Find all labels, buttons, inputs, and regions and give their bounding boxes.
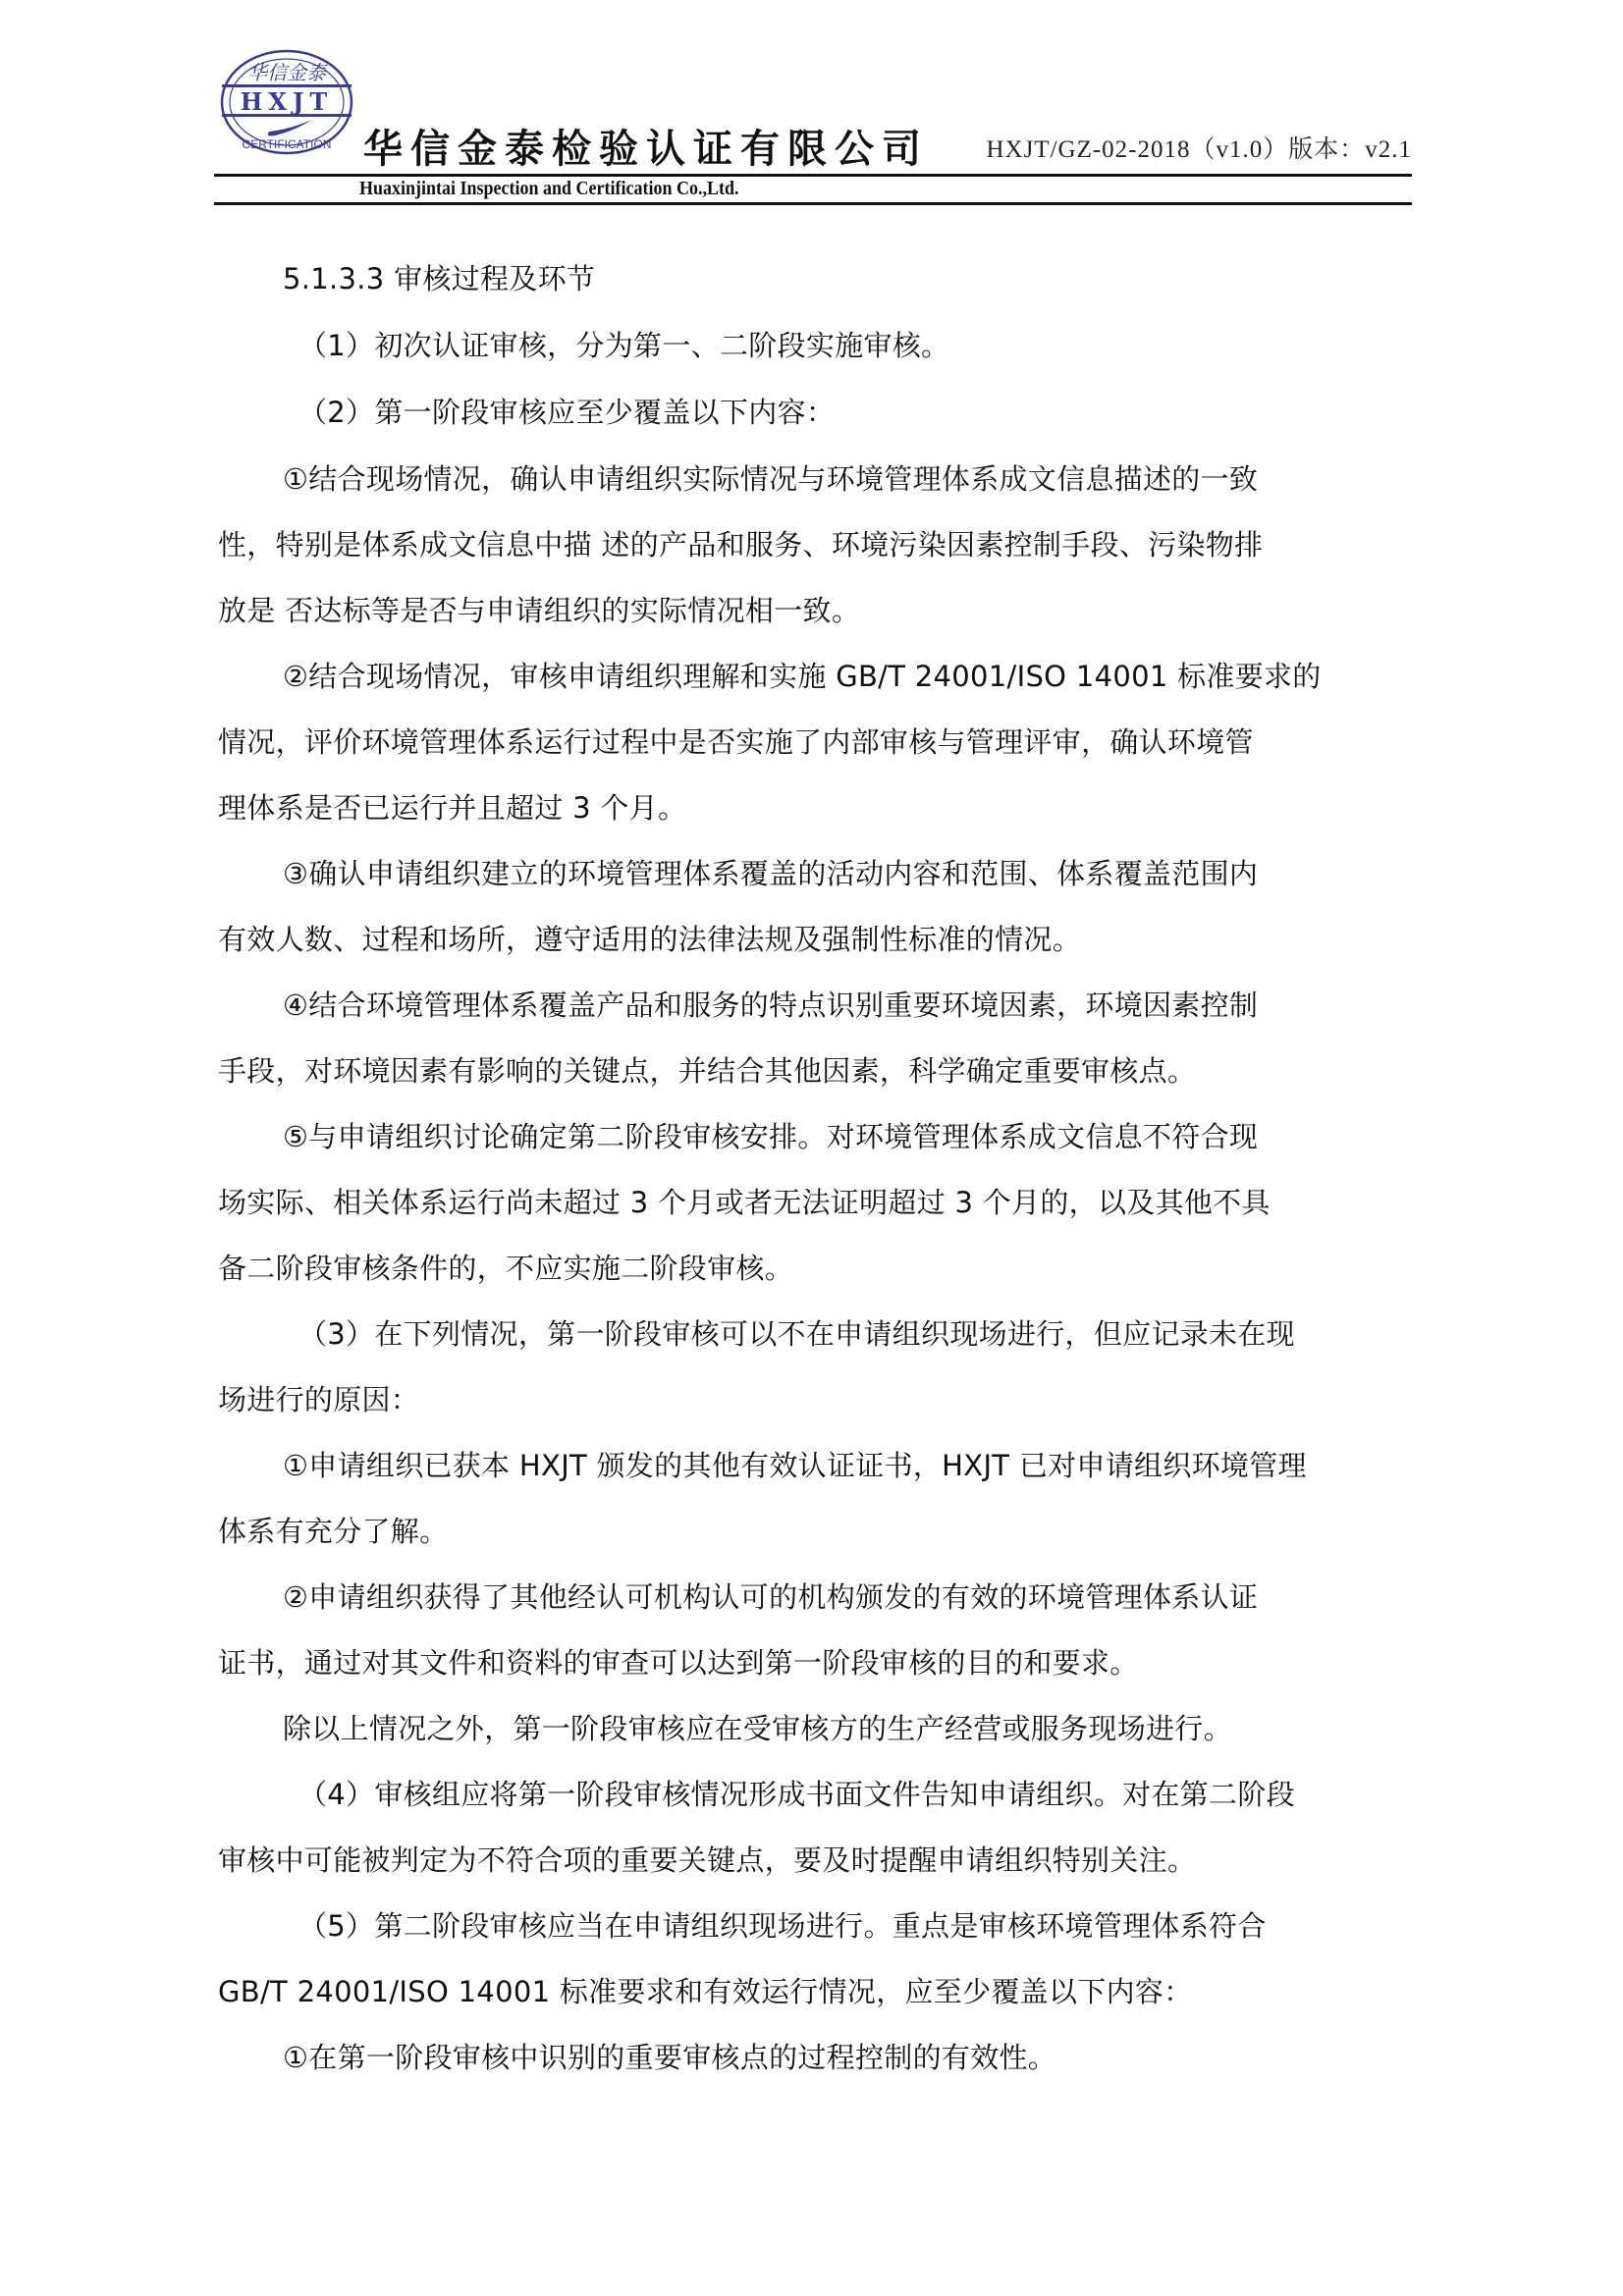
document-page: 华信金泰 HXJT CERTIFICATION 华信金泰检验认证有限公司 HXJ… xyxy=(0,0,1623,2296)
company-name-en: Huaxinjintai Inspection and Certificatio… xyxy=(359,178,739,200)
paragraph-line: 手段，对环境因素有影响的关键点，并结合其他因素，科学确定重要审核点。 xyxy=(218,1049,1196,1090)
paragraph-line: （4）审核组应将第一阶段审核情况形成书面文件告知申请组织。对在第二阶段 xyxy=(218,1773,1295,1813)
header-rule-top xyxy=(214,174,1412,177)
paragraph-line: 场进行的原因： xyxy=(218,1378,419,1418)
hxjt-logo: 华信金泰 HXJT CERTIFICATION xyxy=(218,47,355,157)
paragraph-line: GB/T 24001/ISO 14001 标准要求和有效运行情况，应至少覆盖以下… xyxy=(218,1970,1192,2010)
paragraph-line: （2）第一阶段审核应至少覆盖以下内容： xyxy=(218,391,835,431)
paragraph-line: 审核中可能被判定为不符合项的重要关键点，要及时提醒申请组织特别关注。 xyxy=(218,1839,1196,1879)
section-title: 5.1.3.3 审核过程及环节 xyxy=(218,257,595,297)
paragraph-line: 场实际、相关体系运行尚未超过 3 个月或者无法证明超过 3 个月的，以及其他不具 xyxy=(218,1181,1271,1221)
paragraph-line: ⑤与申请组织讨论确定第二阶段审核安排。对环境管理体系成文信息不符合现 xyxy=(218,1115,1258,1155)
paragraph-line: 体系有充分了解。 xyxy=(218,1510,448,1550)
paragraph-line: ②申请组织获得了其他经认可机构认可的机构颁发的有效的环境管理体系认证 xyxy=(218,1575,1258,1616)
page-header: 华信金泰 HXJT CERTIFICATION 华信金泰检验认证有限公司 HXJ… xyxy=(214,39,1412,201)
paragraph-line: ④结合环境管理体系覆盖产品和服务的特点识别重要环境因素，环境因素控制 xyxy=(218,984,1258,1024)
paragraph-line: 理体系是否已运行并且超过 3 个月。 xyxy=(218,786,686,827)
paragraph-line: 证书，通过对其文件和资料的审查可以达到第一阶段审核的目的和要求。 xyxy=(218,1641,1139,1682)
paragraph-line: （5）第二阶段审核应当在申请组织现场进行。重点是审核环境管理体系符合 xyxy=(218,1904,1267,1945)
company-name-cn: 华信金泰检验认证有限公司 xyxy=(363,118,929,174)
header-rule-bottom xyxy=(214,202,1412,205)
paragraph-line: 性，特别是体系成文信息中描 述的产品和服务、环境污染因素控制手段、污染物排 xyxy=(218,523,1263,563)
paragraph-line: ①在第一阶段审核中识别的重要审核点的过程控制的有效性。 xyxy=(218,2036,1056,2076)
paragraph-line: 情况，评价环境管理体系运行过程中是否实施了内部审核与管理评审，确认环境管 xyxy=(218,721,1254,761)
svg-text:HXJT: HXJT xyxy=(241,87,334,116)
paragraph-line: （1）初次认证审核，分为第一、二阶段实施审核。 xyxy=(218,324,949,364)
paragraph-line: 放是 否达标等是否与申请组织的实际情况相一致。 xyxy=(218,589,860,629)
paragraph-line: ③确认申请组织建立的环境管理体系覆盖的活动内容和范围、体系覆盖范围内 xyxy=(218,852,1258,892)
document-code: HXJT/GZ-02-2018（v1.0）版本：v2.1 xyxy=(986,130,1412,165)
svg-text:华信金泰: 华信金泰 xyxy=(247,61,328,84)
paragraph-line: 除以上情况之外，第一阶段审核应在受审核方的生产经营或服务现场进行。 xyxy=(218,1707,1232,1747)
paragraph-line: （3）在下列情况，第一阶段审核可以不在申请组织现场进行，但应记录未在现 xyxy=(218,1312,1295,1353)
paragraph-line: ①申请组织已获本 HXJT 颁发的其他有效认证证书，HXJT 已对申请组织环境管… xyxy=(218,1444,1307,1484)
svg-text:CERTIFICATION: CERTIFICATION xyxy=(243,137,332,151)
paragraph-line: 备二阶段审核条件的，不应实施二阶段审核。 xyxy=(218,1247,793,1287)
paragraph-line: ②结合现场情况，审核申请组织理解和实施 GB/T 24001/ISO 14001… xyxy=(218,655,1322,695)
paragraph-line: 有效人数、过程和场所，遵守适用的法律法规及强制性标准的情况。 xyxy=(218,918,1081,958)
paragraph-line: ①结合现场情况，确认申请组织实际情况与环境管理体系成文信息描述的一致 xyxy=(218,457,1258,498)
